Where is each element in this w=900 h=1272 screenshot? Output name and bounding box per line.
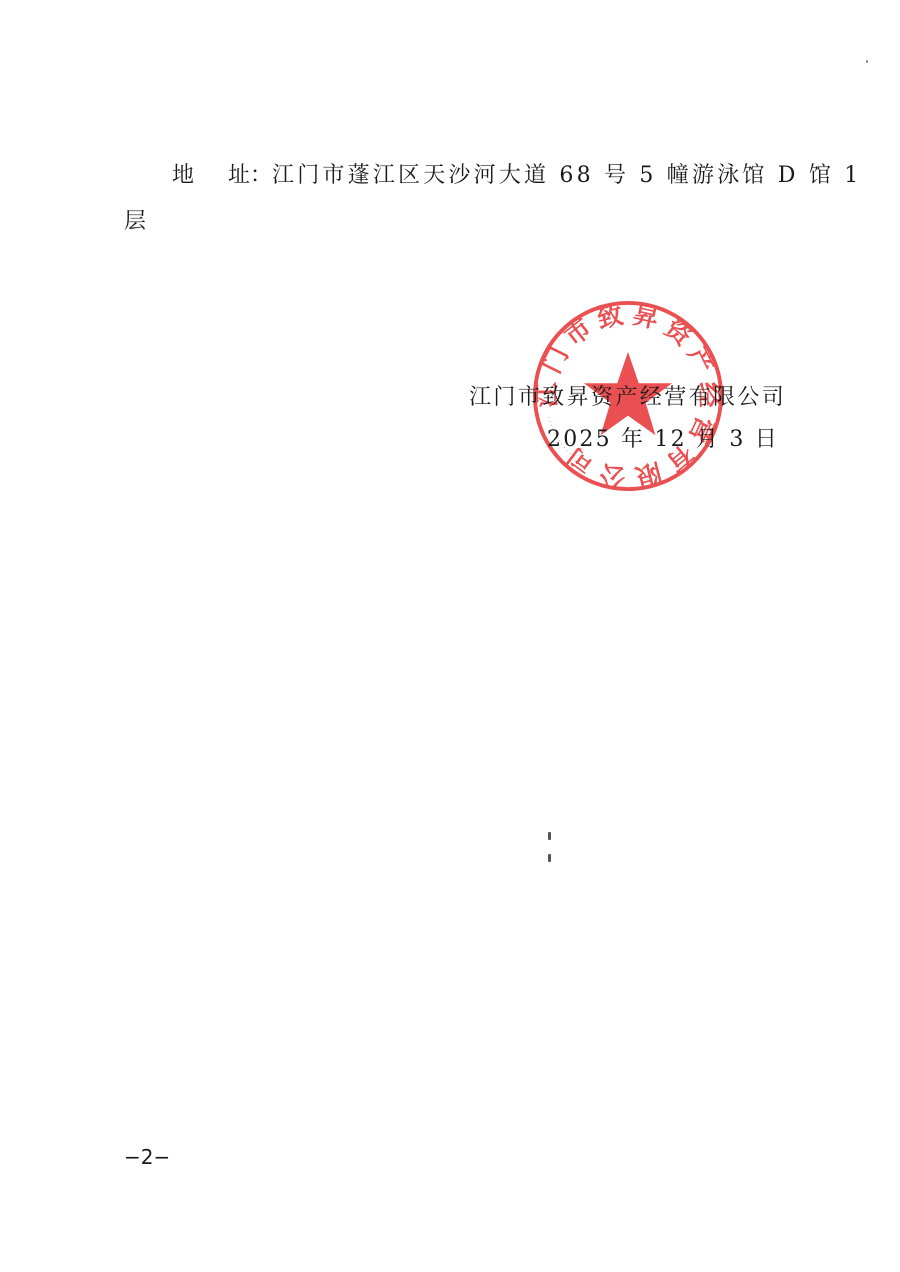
binding-mark [548,832,551,840]
address-label: 地址： [172,163,272,188]
page-number: −2− [124,1145,170,1169]
document-page: 地址：江门市蓬江区天沙河大道 68 号 5 幢游泳馆 D 馆 1 层 江门市致昇… [0,0,900,1272]
signatory-company: 江门市致昇资产经营有限公司 [469,380,786,411]
signature-date: 2025 年 12 月 3 日 [547,422,779,453]
address-value: 江门市蓬江区天沙河大道 68 号 5 幢游泳馆 D 馆 1 [272,163,861,188]
binding-mark [548,854,551,862]
scan-artifact [866,60,868,63]
address-continuation: 层 [124,204,146,235]
address-label-char-1: 地 [172,163,194,188]
address-label-char-2: 址： [228,163,272,188]
address-line: 地址：江门市蓬江区天沙河大道 68 号 5 幢游泳馆 D 馆 1 [172,158,861,189]
